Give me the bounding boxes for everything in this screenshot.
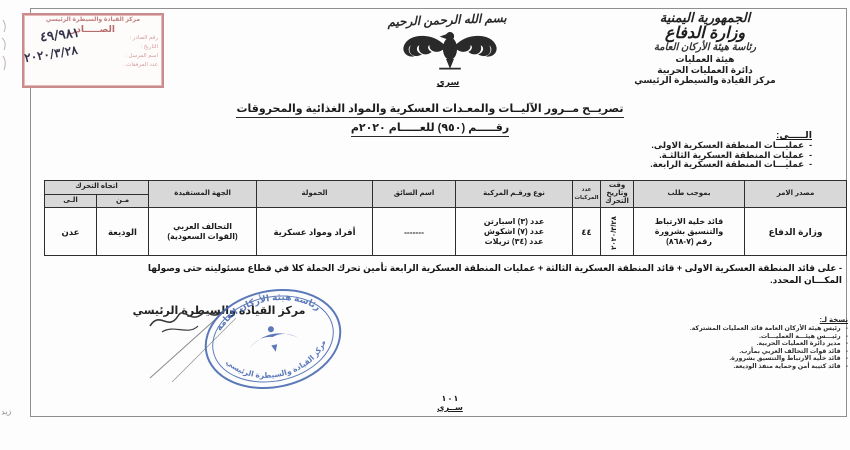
cell-beneficiary: التحالف العربي (القوات السعودية): [149, 208, 257, 256]
th-beneficiary: الجهة المستفيدة: [149, 181, 257, 208]
distribution-item: - قائد خلية الارتباط والتنسيق بشرورة.: [610, 355, 848, 363]
operations-authority-line: هيئة العمليات: [588, 54, 822, 65]
th-per-request: بموجب طلب: [634, 181, 745, 208]
th-driver-name: اسم السائق: [373, 181, 456, 208]
margin-scribble-icon: [0, 16, 14, 78]
distribution-label: نسخة لـ:: [610, 316, 848, 325]
letterhead: الجمهورية اليمنية وزارة الدفاع رئاسة هيئ…: [588, 10, 822, 86]
cell-vehicle-count: ٤٤: [573, 208, 601, 256]
scanned-document-page: مركز القيادة والسيطرة الرئيسي الصـــــاد…: [0, 0, 850, 450]
permit-title-line1: تصريــح مــرور الآليــات والمعـدات العسك…: [236, 103, 623, 118]
th-direction-to: الـى: [45, 194, 97, 208]
th-vehicle-type: نوع ورقـم المركبة: [456, 181, 573, 208]
cell-from: الوديعة: [97, 208, 149, 256]
distribution-item: - مدير دائرة العمليات الحربية.: [610, 340, 848, 348]
stamp-center-name: مركز القيادة والسيطرة الرئيسي: [28, 17, 158, 24]
permit-title-line2: رقـــــم (٩٥٠) للعـــــام ٢٠٢٠م: [351, 122, 509, 137]
th-vehicle-count: عدد المركبات: [573, 181, 601, 208]
distribution-item: - قائد قوات التحالف العربي بمأرب.: [610, 348, 848, 356]
round-stamp-eagle-icon: [246, 321, 300, 357]
cell-vehicle-type: عدد (٣) اسبارتن عدد (٧) اشكوش عدد (٣٤) ت…: [456, 208, 573, 256]
movement-permit-table: مصدر الامر بموجب طلب وقت وتاريخ التحرك ع…: [44, 180, 847, 256]
country-name: الجمهورية اليمنية: [588, 10, 822, 25]
permit-title: تصريــح مــرور الآليــات والمعـدات العسك…: [213, 99, 647, 137]
distribution-item: - قائد كتيبة أمن وحماية منفذ الوديعة.: [610, 363, 848, 371]
th-cargo: الحمولة: [257, 181, 373, 208]
stamp-field-attachments-label: عدد المرفقات .: [28, 61, 158, 70]
cell-driver-name: -------: [373, 208, 456, 256]
secret-classification-top: سري: [398, 77, 498, 88]
margin-note: زيد: [1, 406, 12, 416]
th-move-datetime: وقت وتاريخ التحرك: [601, 181, 634, 208]
cell-move-datetime: ٢٠٢٠/٣/٢٨: [601, 208, 634, 256]
general-staff-line: رئاسة هيئة الأركان العامة: [588, 42, 822, 54]
ministry-name: وزارة الدفاع: [588, 25, 822, 42]
war-operations-dept-line: دائرة العمليات الحربية: [588, 65, 822, 76]
th-movement-direction: اتجاه التحرك: [45, 181, 149, 195]
page-number: ١ - ١: [415, 394, 485, 403]
command-center-line: مركز القيادة والسيطرة الرئيسي: [588, 75, 822, 86]
cell-cargo: أفراد ومواد عسكرية: [257, 208, 373, 256]
addressees-block: الـــــى: - عمليـــات المنطقة العسكرية ا…: [602, 130, 812, 170]
cell-per-request: قائد خلية الارتباط والتنسيق بشرورة رقم (…: [634, 208, 745, 256]
secret-classification-bottom: ســري: [415, 403, 485, 412]
cell-order-source: وزارة الدفاع: [745, 208, 847, 256]
movement-security-note: - على قائد المنطقة العسكرية الاولى + قائ…: [48, 263, 842, 286]
cell-to: عدن: [45, 208, 97, 256]
distribution-list: نسخة لـ: - رئيس هيئة الأركان العامة قائد…: [610, 316, 848, 371]
th-order-source: مصدر الامر: [745, 181, 847, 208]
th-direction-from: مـن: [97, 194, 149, 208]
distribution-item: - رئيس هيئة الأركان العامة قائد العمليات…: [610, 325, 848, 333]
table-row: وزارة الدفاع قائد خلية الارتباط والتنسيق…: [45, 208, 847, 256]
distribution-item: - رئيـــس هيئـــة العمليـــات.: [610, 333, 848, 341]
yemen-eagle-emblem-icon: [396, 28, 504, 76]
addressee-item: - عمليـــات المنطقة العسكرية الرابعة.: [602, 160, 812, 170]
